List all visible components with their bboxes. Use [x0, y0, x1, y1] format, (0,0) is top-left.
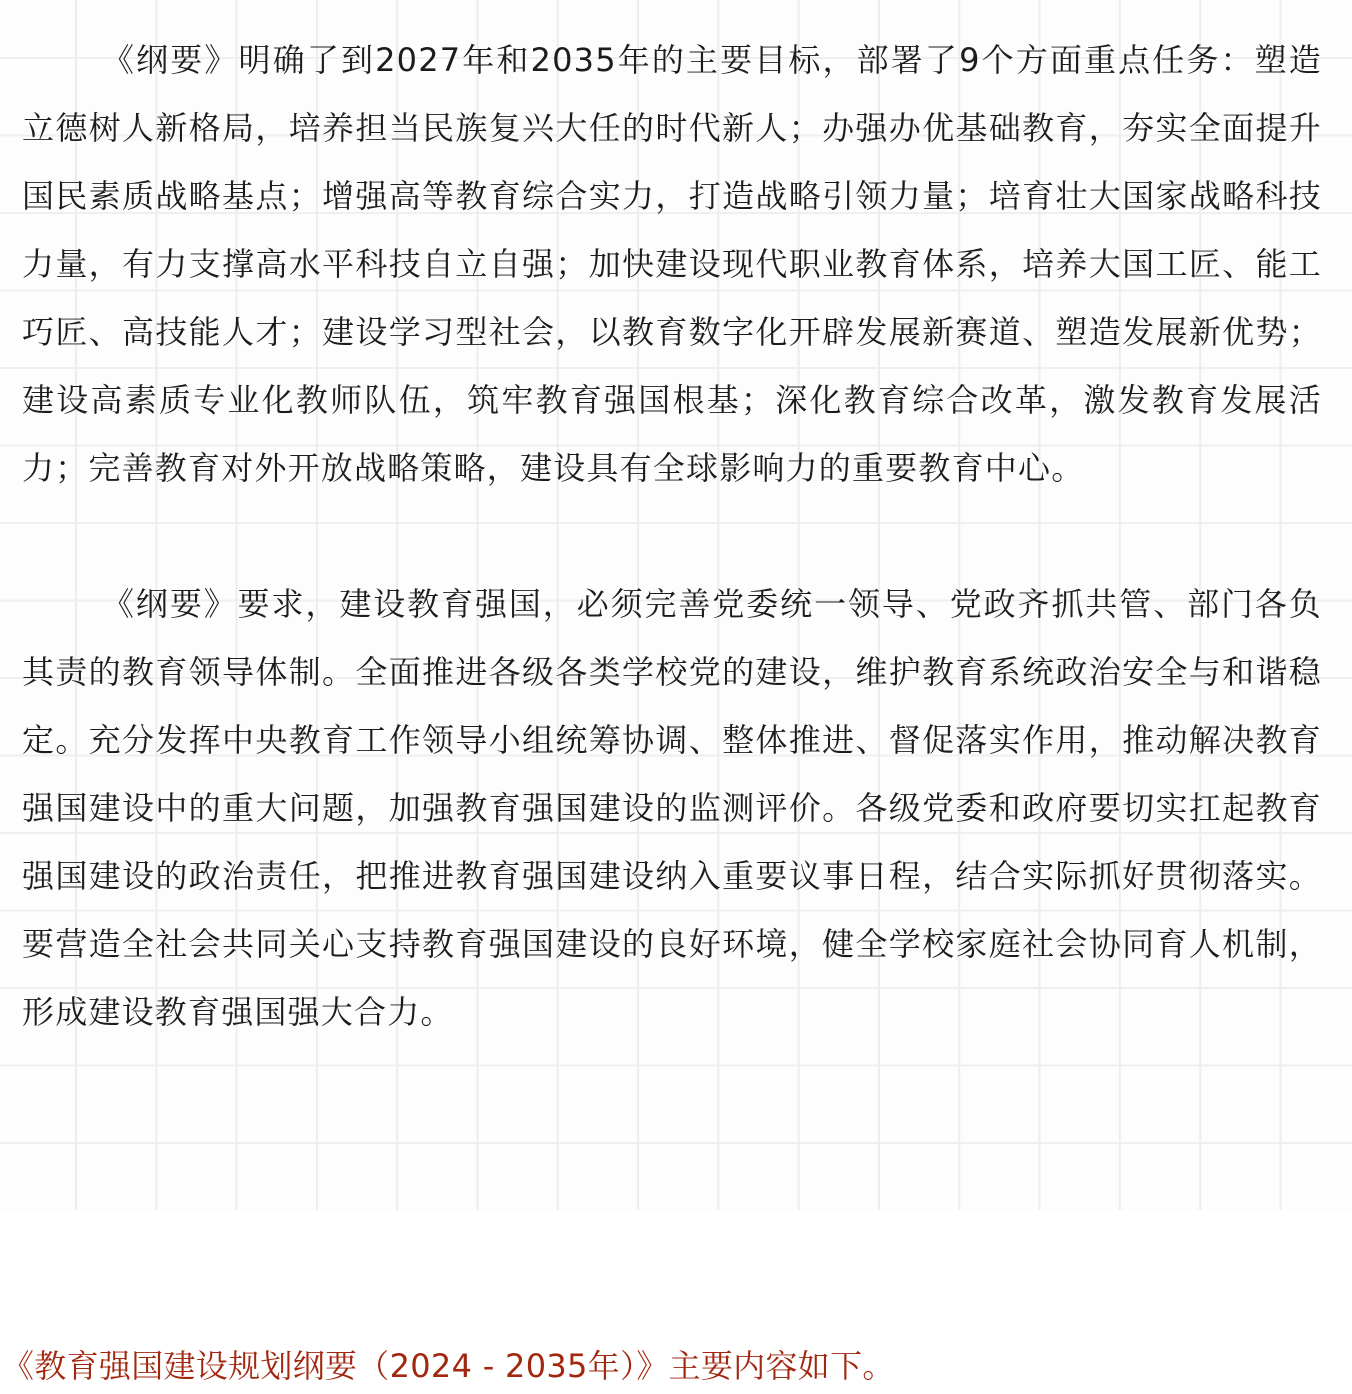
paragraph-leadership-requirements: 《纲要》要求，建设教育强国，必须完善党委统一领导、党政齐抓共管、部门各负其责的教… [22, 570, 1322, 1046]
article-body: 《纲要》明确了到2027年和2035年的主要目标，部署了9个方面重点任务：塑造立… [22, 26, 1322, 1114]
grid-paper-background: 《纲要》明确了到2027年和2035年的主要目标，部署了9个方面重点任务：塑造立… [0, 0, 1352, 1210]
paragraph-main-goals: 《纲要》明确了到2027年和2035年的主要目标，部署了9个方面重点任务：塑造立… [22, 26, 1322, 502]
caption-heading: 《教育强国建设规划纲要（2024 - 2035年）》主要内容如下。 [2, 1344, 895, 1388]
